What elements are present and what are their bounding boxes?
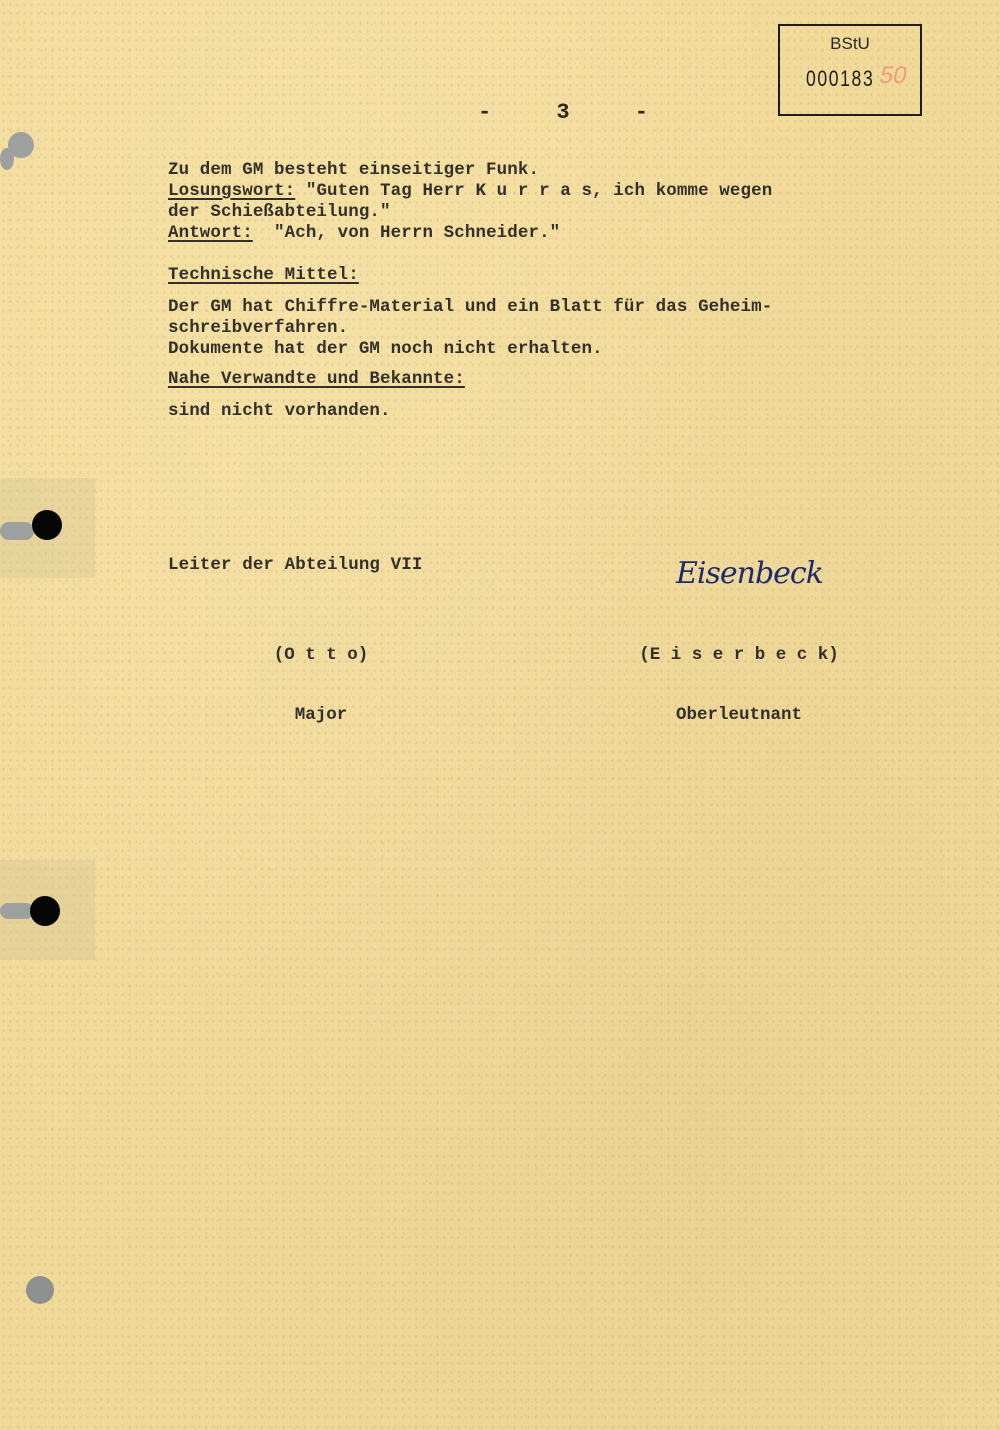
page-number-value: 3 bbox=[556, 100, 569, 125]
punch-hole-shadow-icon bbox=[0, 903, 34, 919]
signatory-rank-right: Oberleutnant bbox=[614, 705, 864, 725]
answer-label: Antwort: bbox=[168, 223, 253, 243]
stamp-number: 000183 bbox=[806, 66, 874, 92]
punch-hole-icon bbox=[30, 896, 60, 926]
punch-hole-shadow-icon bbox=[0, 148, 14, 170]
technical-line-3: Dokumente hat der GM noch nicht erhalten… bbox=[168, 339, 603, 359]
signature-right: (E i s e r b e c k) Oberleutnant bbox=[614, 605, 864, 745]
password-text: "Guten Tag Herr K u r r a s, ich komme w… bbox=[295, 181, 772, 201]
signatory-name-right: (E i s e r b e c k) bbox=[614, 645, 864, 665]
stamp-label: BStU bbox=[780, 34, 920, 54]
punch-hole-icon bbox=[32, 510, 62, 540]
handwritten-signature: Eisenbeck bbox=[676, 556, 823, 591]
department-line: Leiter der Abteilung VII bbox=[168, 555, 422, 575]
signatory-rank-left: Major bbox=[236, 705, 406, 725]
signature-left: (O t t o) Major bbox=[236, 605, 406, 745]
intro-line: Zu dem GM besteht einseitiger Funk. bbox=[168, 160, 539, 180]
page-dash-left: - bbox=[478, 100, 491, 125]
relatives-text: sind nicht vorhanden. bbox=[168, 401, 391, 421]
page-dash-right: - bbox=[635, 100, 648, 125]
punch-hole-mark-icon bbox=[26, 1276, 54, 1304]
password-line-2: der Schießabteilung." bbox=[168, 202, 391, 222]
punch-hole-shadow-icon bbox=[0, 522, 34, 540]
password-line: Losungswort: "Guten Tag Herr K u r r a s… bbox=[168, 181, 772, 201]
password-label: Losungswort: bbox=[168, 181, 295, 201]
technical-line-1: Der GM hat Chiffre-Material und ein Blat… bbox=[168, 297, 772, 317]
technical-line-2: schreibverfahren. bbox=[168, 318, 348, 338]
answer-text: "Ach, von Herrn Schneider." bbox=[253, 223, 560, 243]
technical-heading: Technische Mittel: bbox=[168, 265, 359, 285]
page-number: - 3 - bbox=[478, 100, 648, 125]
signatory-name-left: (O t t o) bbox=[236, 645, 406, 665]
relatives-heading: Nahe Verwandte und Bekannte: bbox=[168, 369, 465, 389]
answer-line: Antwort: "Ach, von Herrn Schneider." bbox=[168, 223, 560, 243]
